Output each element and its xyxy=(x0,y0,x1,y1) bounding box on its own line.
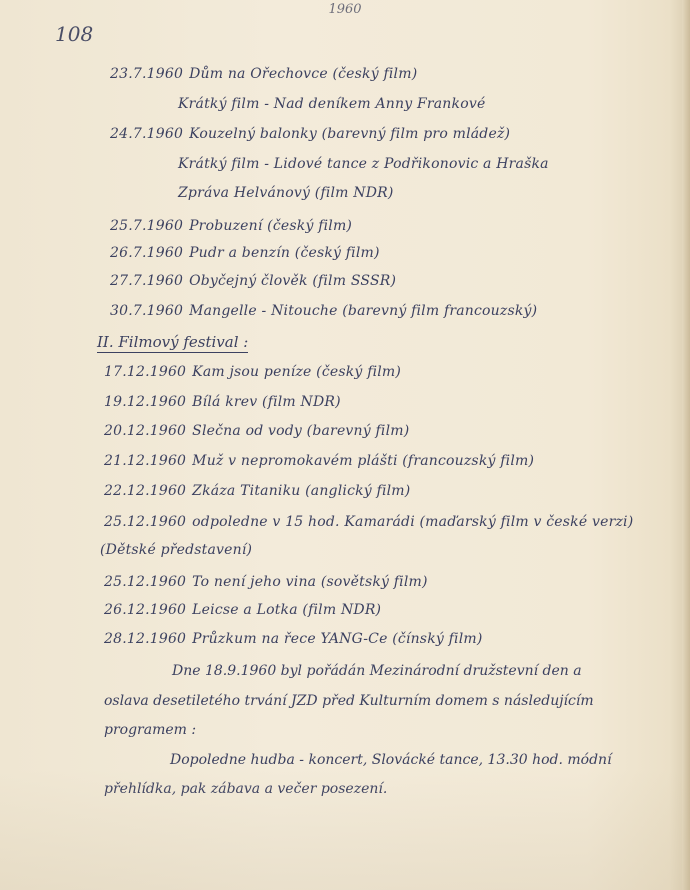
entry-date: 25.12.1960 xyxy=(104,574,186,590)
entry-title: (Dětské představení) xyxy=(100,542,252,558)
entry-row: (Dětské představení) xyxy=(100,542,252,558)
entry-title: Bílá krev (film NDR) xyxy=(192,394,341,410)
entry-date: 23.7.1960 xyxy=(110,66,183,82)
entry-title: Obyčejný člověk (film SSSR) xyxy=(189,273,396,289)
entry-date: 17.12.1960 xyxy=(104,364,186,380)
entry-title: Průzkum na řece YANG-Ce (čínský film) xyxy=(192,631,482,647)
paragraph-line: Dne 18.9.1960 byl pořádán Mezinárodní dr… xyxy=(172,663,582,679)
entry-row: Zpráva Helvánový (film NDR) xyxy=(178,185,394,201)
entry-date: 25.12.1960 xyxy=(104,514,186,530)
page-edge xyxy=(682,0,690,890)
entry-title: Zpráva Helvánový (film NDR) xyxy=(178,185,394,201)
entry-date: 19.12.1960 xyxy=(104,394,186,410)
entry-title: Pudr a benzín (český film) xyxy=(189,245,380,261)
entry-row: 26.12.1960Leicse a Lotka (film NDR) xyxy=(104,602,381,618)
entry-row: 25.12.1960To není jeho vina (sovětský fi… xyxy=(104,574,428,590)
chronicle-page: 1960 108 23.7.1960Dům na Ořechovce (česk… xyxy=(0,0,690,890)
entry-row: 20.12.1960Slečna od vody (barevný film) xyxy=(104,423,409,439)
entry-row: 22.12.1960Zkáza Titaniku (anglický film) xyxy=(104,483,410,499)
entry-title: Krátký film - Lidové tance z Podřikonovi… xyxy=(178,156,549,172)
entry-row: 30.7.1960Mangelle - Nitouche (barevný fi… xyxy=(110,303,537,319)
entry-title: odpoledne v 15 hod. Kamarádi (maďarský f… xyxy=(192,514,633,530)
entry-title: Kouzelný balonky (barevný film pro mláde… xyxy=(189,126,510,142)
entry-row: 28.12.1960Průzkum na řece YANG-Ce (čínsk… xyxy=(104,631,483,647)
entry-title: Slečna od vody (barevný film) xyxy=(192,423,409,439)
entry-date: 20.12.1960 xyxy=(104,423,186,439)
paragraph-line: programem : xyxy=(104,722,196,738)
page-number: 108 xyxy=(55,22,93,46)
entry-title: Leicse a Lotka (film NDR) xyxy=(192,602,381,618)
entry-title: Muž v nepromokavém plášti (francouzský f… xyxy=(192,453,534,469)
entry-date: 25.7.1960 xyxy=(110,218,183,234)
entry-date: 26.12.1960 xyxy=(104,602,186,618)
paragraph-line: oslava desetiletého trvání JZD před Kult… xyxy=(104,693,594,709)
entry-row: 25.7.1960Probuzení (český film) xyxy=(110,218,352,234)
entry-date: 24.7.1960 xyxy=(110,126,183,142)
entry-date: 26.7.1960 xyxy=(110,245,183,261)
paragraph-line: přehlídka, pak zábava a večer posezení. xyxy=(104,781,387,797)
entry-date: 21.12.1960 xyxy=(104,453,186,469)
year-header: 1960 xyxy=(0,2,690,17)
entry-title: Krátký film - Nad deníkem Anny Frankové xyxy=(178,96,485,112)
entry-row: 23.7.1960Dům na Ořechovce (český film) xyxy=(110,66,417,82)
entry-date: 30.7.1960 xyxy=(110,303,183,319)
festival-heading: II. Filmový festival : xyxy=(97,333,248,353)
entry-title: To není jeho vina (sovětský film) xyxy=(192,574,428,590)
entry-title: Mangelle - Nitouche (barevný film franco… xyxy=(189,303,537,319)
entry-date: 22.12.1960 xyxy=(104,483,186,499)
entry-row: Krátký film - Nad deníkem Anny Frankové xyxy=(178,96,485,112)
entry-row: 26.7.1960Pudr a benzín (český film) xyxy=(110,245,380,261)
entry-row: Krátký film - Lidové tance z Podřikonovi… xyxy=(178,156,549,172)
entry-row: 17.12.1960Kam jsou peníze (český film) xyxy=(104,364,401,380)
entry-row: 27.7.1960Obyčejný člověk (film SSSR) xyxy=(110,273,396,289)
entry-date: 27.7.1960 xyxy=(110,273,183,289)
entry-row: 24.7.1960Kouzelný balonky (barevný film … xyxy=(110,126,510,142)
entry-row: 19.12.1960Bílá krev (film NDR) xyxy=(104,394,341,410)
entry-title: Probuzení (český film) xyxy=(189,218,352,234)
entry-title: Zkáza Titaniku (anglický film) xyxy=(192,483,410,499)
entry-date: 28.12.1960 xyxy=(104,631,186,647)
entry-row: 21.12.1960Muž v nepromokavém plášti (fra… xyxy=(104,453,534,469)
entry-title: Dům na Ořechovce (český film) xyxy=(189,66,417,82)
entry-row: 25.12.1960odpoledne v 15 hod. Kamarádi (… xyxy=(104,514,633,530)
paragraph-line: Dopoledne hudba - koncert, Slovácké tanc… xyxy=(170,752,612,768)
entry-title: Kam jsou peníze (český film) xyxy=(192,364,401,380)
